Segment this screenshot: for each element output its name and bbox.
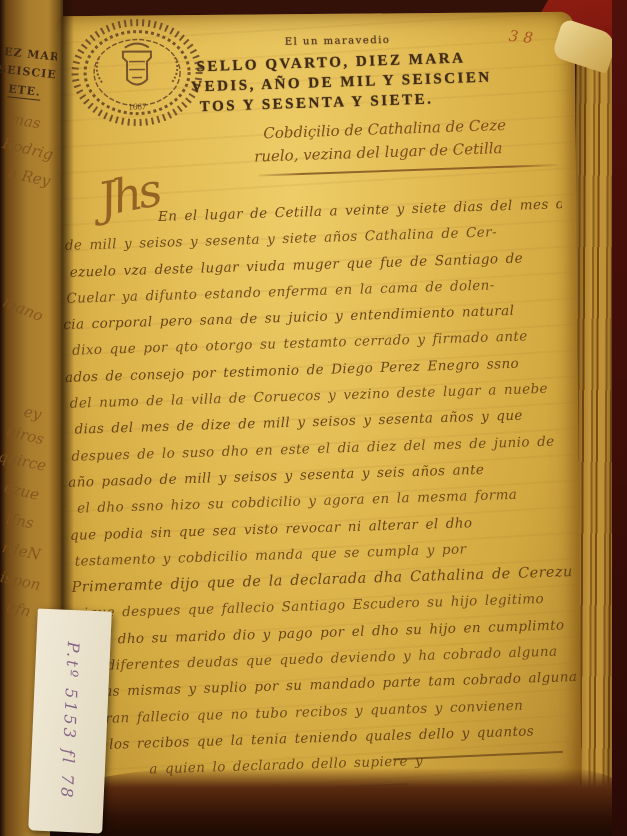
facing-cursive-fragment: a Rey — [7, 164, 52, 190]
facing-cursive-fragment: mas — [9, 109, 43, 132]
official-seal-stamp-icon: 1667 — [69, 17, 206, 132]
archival-reference-slip: P.tº 5153 fl 78 — [28, 608, 112, 833]
printed-seal-text: SELLO QVARTO, DIEZ MARA VEDIS, AÑO DE MI… — [196, 46, 546, 118]
book-cover-edge — [612, 0, 627, 836]
facing-cursive-fragment: rdeN — [1, 538, 43, 564]
facing-cursive-fragment: ey — [22, 402, 43, 423]
archival-reference-text: P.tº 5153 fl 78 — [57, 641, 83, 801]
manuscript-body-text: En el lugar de Cetilla a veinte y siete … — [60, 196, 580, 790]
photograph-of-bound-manuscript: EZ MAR SEISCIEN ETE. mas Rodrig a Rey ma… — [0, 0, 627, 836]
facing-cursive-fragment: lfns — [5, 510, 35, 533]
page-bottom-shadow — [50, 768, 620, 836]
facing-cursive-fragment: quirce — [0, 447, 48, 475]
facing-cursive-fragment: mano — [0, 293, 46, 325]
title-annotation: Cobdiçilio de Cathalina de Ceze ruelo, v… — [253, 112, 570, 169]
facing-printed-fragment: ETE. — [7, 82, 41, 100]
seal-year: 1667 — [128, 101, 147, 111]
habilitation-stamp-text: El un maravedio — [285, 35, 391, 48]
facing-cursive-fragment: ufn — [4, 597, 32, 620]
facing-cursive-fragment: ispon — [0, 568, 42, 594]
folio-number: 38 — [508, 27, 539, 48]
facing-cursive-fragment: ezue — [2, 478, 41, 504]
facing-cursive-fragment: uiros — [4, 422, 46, 449]
facing-cursive-fragment: Rodrig — [1, 134, 55, 164]
manuscript-page: 1667 El un maravedio SELLO QVARTO, DIEZ … — [57, 12, 582, 804]
